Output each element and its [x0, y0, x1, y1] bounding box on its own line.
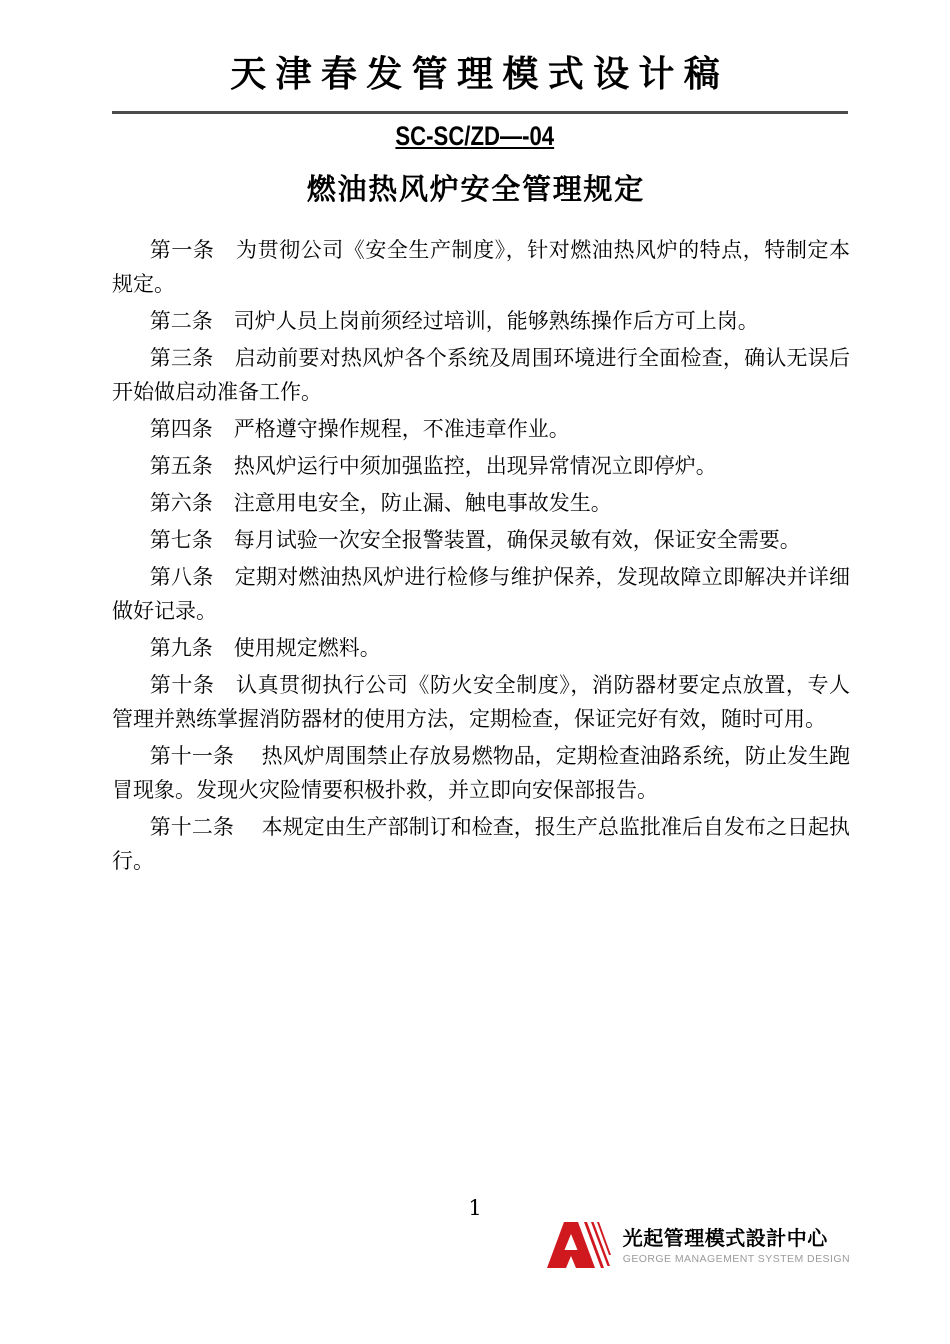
document-code: SC-SC/ZD—-04: [396, 121, 555, 152]
clause-paragraph-9: 第九条 使用规定燃料。: [112, 631, 850, 665]
document-subtitle: 燃油热风炉安全管理规定: [0, 167, 950, 208]
logo-name-en: GEORGE MANAGEMENT SYSTEM DESIGN: [623, 1253, 850, 1265]
clause-paragraph-8: 第八条 定期对燃油热风炉进行检修与维护保养，发现故障立即解决并详细做好记录。: [112, 560, 850, 628]
clause-paragraph-1: 第一条 为贯彻公司《安全生产制度》，针对燃油热风炉的特点，特制定本规定。: [112, 233, 850, 301]
clause-paragraph-10: 第十条 认真贯彻执行公司《防火安全制度》，消防器材要定点放置，专人管理并熟练掌握…: [112, 668, 850, 736]
logo-text: 光起管理模式設計中心 GEORGE MANAGEMENT SYSTEM DESI…: [623, 1226, 850, 1265]
clause-paragraph-6: 第六条 注意用电安全，防止漏、触电事故发生。: [112, 486, 850, 520]
clause-paragraph-11: 第十一条 热风炉周围禁止存放易燃物品，定期检查油路系统，防止发生跑冒现象。发现火…: [112, 739, 850, 807]
clause-paragraph-3: 第三条 启动前要对热风炉各个系统及周围环境进行全面检查，确认无误后开始做启动准备…: [112, 341, 850, 409]
document-code-row: SC-SC/ZD—-04: [0, 121, 950, 152]
company-logo: 光起管理模式設計中心 GEORGE MANAGEMENT SYSTEM DESI…: [547, 1222, 850, 1268]
document-body: 第一条 为贯彻公司《安全生产制度》，针对燃油热风炉的特点，特制定本规定。 第二条…: [0, 208, 950, 878]
clause-paragraph-2: 第二条 司炉人员上岗前须经过培训，能够熟练操作后方可上岗。: [112, 304, 850, 338]
clause-paragraph-4: 第四条 严格遵守操作规程，不准违章作业。: [112, 412, 850, 446]
document-title: 天津春发管理模式设计稿: [0, 46, 950, 97]
clause-paragraph-12: 第十二条 本规定由生产部制订和检查，报生产总监批准后自发布之日起执行。: [112, 810, 850, 878]
logo-name-cn: 光起管理模式設計中心: [623, 1226, 850, 1250]
document-page: 天津春发管理模式设计稿 SC-SC/ZD—-04 燃油热风炉安全管理规定 第一条…: [0, 0, 950, 1344]
page-number: 1: [0, 1196, 950, 1220]
clause-paragraph-7: 第七条 每月试验一次安全报警装置，确保灵敏有效，保证安全需要。: [112, 523, 850, 557]
logo-a-icon: [547, 1222, 611, 1268]
document-header: 天津春发管理模式设计稿 SC-SC/ZD—-04 燃油热风炉安全管理规定: [0, 0, 950, 208]
header-divider: [112, 111, 848, 114]
clause-paragraph-5: 第五条 热风炉运行中须加强监控，出现异常情况立即停炉。: [112, 449, 850, 483]
